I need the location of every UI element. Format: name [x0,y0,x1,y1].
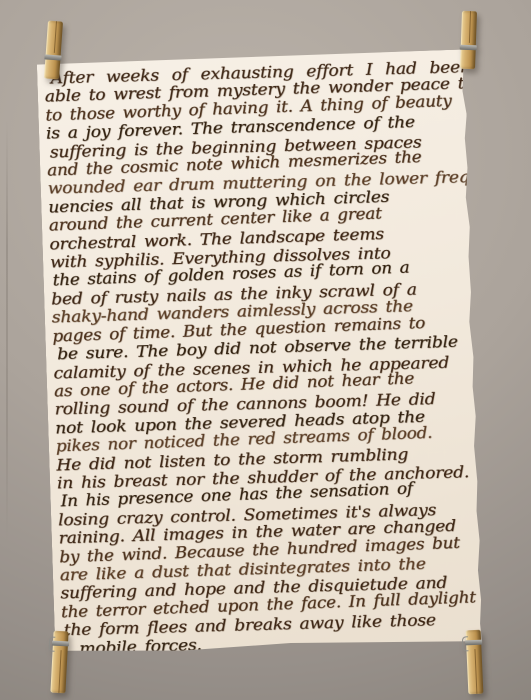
clothespin-slit [58,650,62,693]
manuscript-paper: After weeks of exhausting effort I had b… [37,49,483,654]
clothespin-spring-wire [462,637,469,652]
wall: After weeks of exhausting effort I had b… [0,0,531,700]
clothespin-spring-wire [49,637,56,652]
manuscript-text: After weeks of exhausting effort I had b… [44,56,481,654]
clothespin-bottom-left-icon [50,631,68,694]
clothespin-bottom-right-icon [466,630,484,695]
clothespin-spring [460,44,477,50]
wall-seam [6,120,8,540]
clothespin-slit [468,11,471,43]
clothespin-top-right-icon [460,11,477,69]
clothespin-slit [53,21,57,53]
clothespin-slit [474,649,477,694]
clothespin-spring [44,54,61,60]
